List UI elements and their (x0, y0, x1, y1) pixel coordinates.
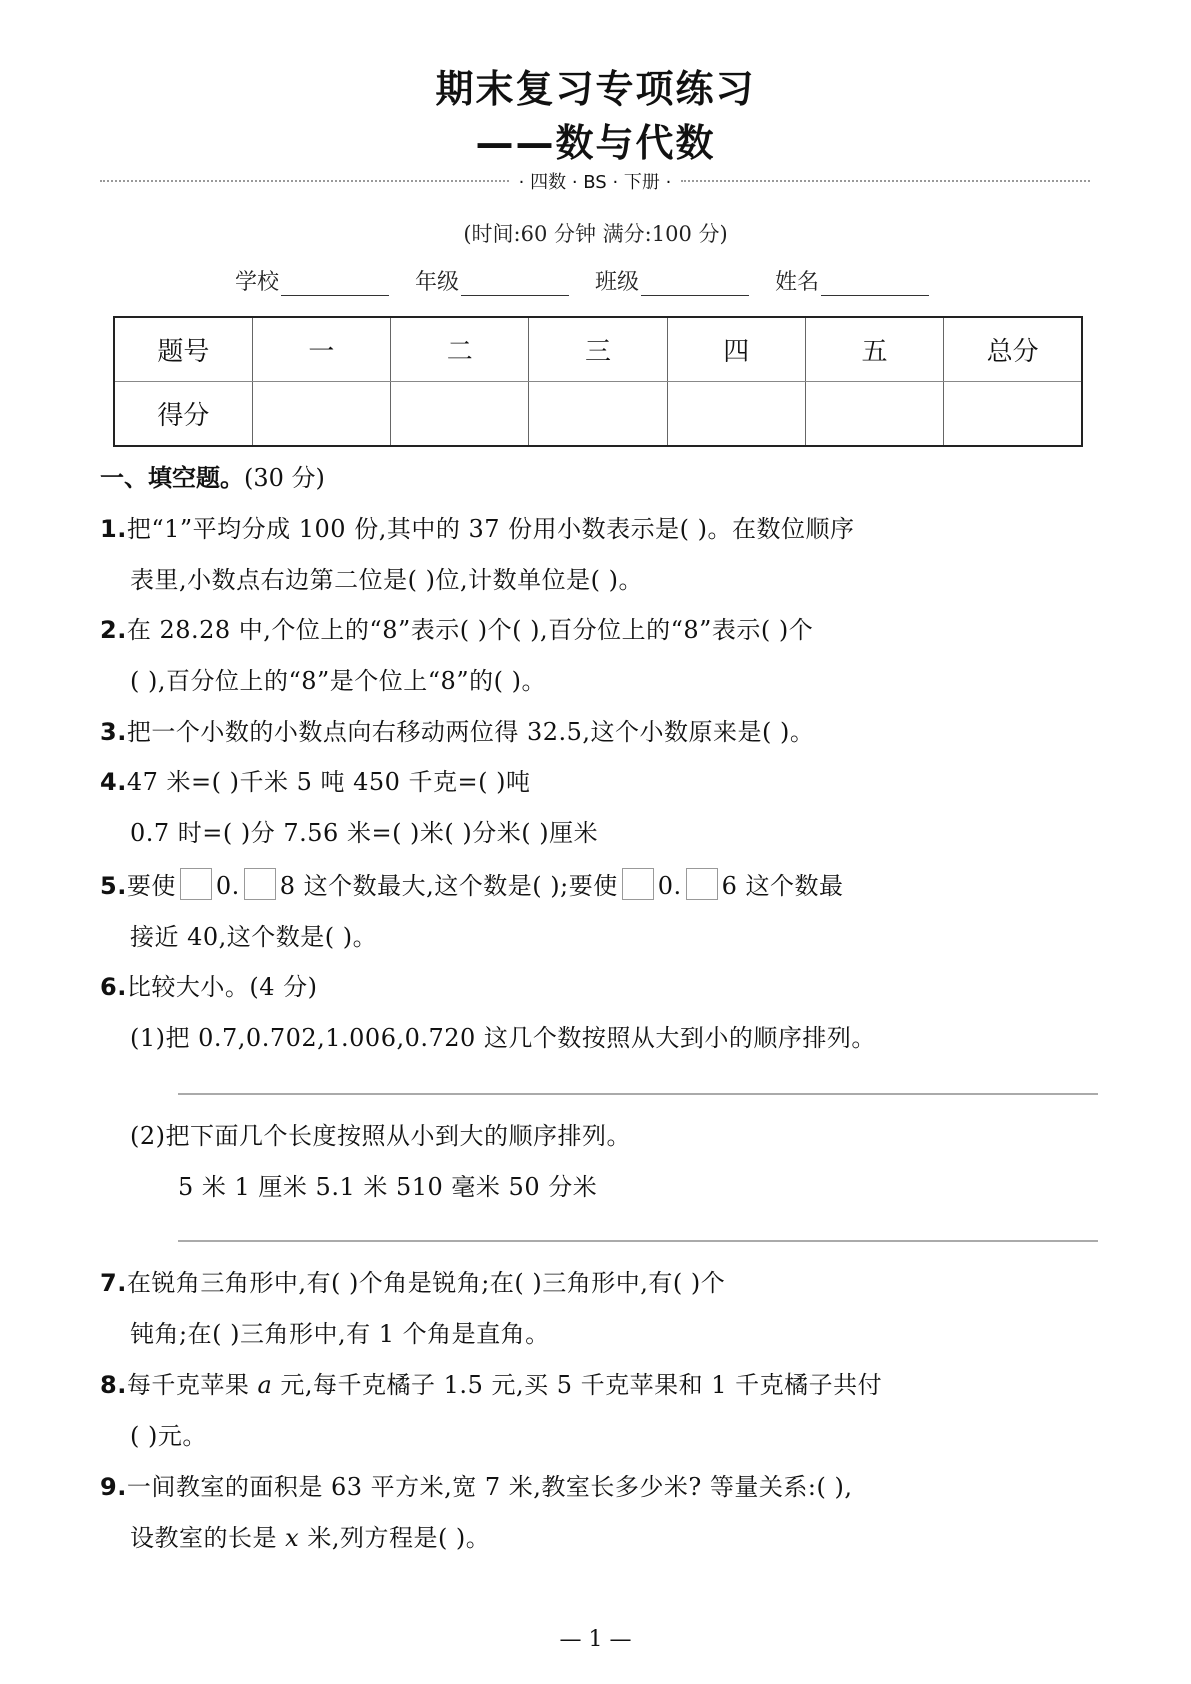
class-label: 班级 (595, 265, 639, 296)
question-number: 6. (100, 973, 127, 1001)
grade-field[interactable]: 年级 (415, 265, 569, 296)
score-table: 题号 一 二 三 四 五 总分 得分 (113, 316, 1083, 447)
answer-line[interactable] (178, 1240, 1098, 1242)
score-table-header-cell: 五 (805, 317, 943, 382)
question-2-line-1: 2.在 28.28 中,个位上的“8”表示( )个( ),百分位上的“8”表示(… (100, 610, 813, 645)
question-number: 3. (100, 718, 127, 746)
grade-label: 年级 (415, 265, 459, 296)
question-number: 5. (100, 872, 127, 900)
question-1-line-1: 1.把“1”平均分成 100 份,其中的 37 份用小数表示是( )。在数位顺序 (100, 509, 854, 544)
question-4-line-1: 4.47 米=( )千米 5 吨 450 千克=( )吨 (100, 762, 531, 797)
question-text: 比较大小。(4 分) (127, 973, 318, 1001)
question-8-line-1: 8.每千克苹果 a 元,每千克橘子 1.5 元,买 5 千克苹果和 1 千克橘子… (100, 1365, 882, 1400)
variable-a: a (257, 1371, 272, 1399)
question-7-line-2: 钝角;在( )三角形中,有 1 个角是直角。 (130, 1314, 550, 1349)
school-label: 学校 (235, 265, 279, 296)
school-blank[interactable] (281, 271, 389, 296)
edition-label: · 四数 · BS · 下册 · (509, 168, 682, 194)
dotted-rule-right (681, 180, 1090, 182)
score-cell[interactable] (529, 382, 667, 447)
score-table-header-cell: 总分 (944, 317, 1082, 382)
student-info-fields: 学校 年级 班级 姓名 (235, 265, 929, 296)
score-table-header-cell: 三 (529, 317, 667, 382)
time-info: (时间:60 分钟 满分:100 分) (0, 218, 1191, 248)
section-heading: 一、填空题。(30 分) (100, 458, 325, 493)
question-number: 8. (100, 1371, 127, 1399)
question-6-line-1: 6.比较大小。(4 分) (100, 967, 317, 1002)
question-text: 47 米=( )千米 5 吨 450 千克=( )吨 (127, 768, 531, 796)
question-text: 0. (216, 872, 240, 900)
question-4-line-2: 0.7 时=( )分 7.56 米=( )米( )分米( )厘米 (130, 813, 598, 848)
score-row-label: 得分 (114, 382, 252, 447)
question-8-line-2: ( )元。 (130, 1416, 207, 1451)
question-6-sub-1: (1)把 0.7,0.702,1.006,0.720 这几个数按照从大到小的顺序… (130, 1018, 876, 1053)
variable-x: x (285, 1524, 299, 1552)
dotted-rule-left (100, 180, 509, 182)
score-table-header-cell: 四 (667, 317, 805, 382)
edition-divider: · 四数 · BS · 下册 · (100, 168, 1090, 194)
section-points: (30 分) (244, 464, 325, 492)
question-9-line-1: 9.一间教室的面积是 63 平方米,宽 7 米,教室长多少米? 等量关系:( )… (100, 1467, 852, 1502)
class-blank[interactable] (641, 271, 749, 296)
question-7-line-1: 7.在锐角三角形中,有( )个角是锐角;在( )三角形中,有( )个 (100, 1263, 725, 1298)
question-number: 9. (100, 1473, 127, 1501)
section-title: 一、填空题。 (100, 464, 244, 492)
score-cell[interactable] (667, 382, 805, 447)
answer-line[interactable] (178, 1093, 1098, 1095)
class-field[interactable]: 班级 (595, 265, 749, 296)
score-table-header-row: 题号 一 二 三 四 五 总分 (114, 317, 1082, 382)
score-table-header-cell: 题号 (114, 317, 252, 382)
question-3-line-1: 3.把一个小数的小数点向右移动两位得 32.5,这个小数原来是( )。 (100, 712, 814, 747)
question-text: 米,列方程是( )。 (299, 1524, 490, 1552)
question-text: 8 这个数最大,这个数是( );要使 (280, 872, 618, 900)
question-text: 0. (658, 872, 682, 900)
grade-blank[interactable] (461, 271, 569, 296)
score-table-header-cell: 二 (391, 317, 529, 382)
name-field[interactable]: 姓名 (775, 265, 929, 296)
question-2-line-2: ( ),百分位上的“8”是个位上“8”的( )。 (130, 661, 546, 696)
question-number: 4. (100, 768, 127, 796)
page-title: 期末复习专项练习 (0, 58, 1191, 113)
page-number: — 1 — (0, 1627, 1191, 1652)
question-text: 设教室的长是 (130, 1524, 285, 1552)
question-5-line-1: 5.要使0.8 这个数最大,这个数是( );要使0.6 这个数最 (100, 866, 844, 901)
digit-box[interactable] (180, 868, 212, 900)
question-text: 把“1”平均分成 100 份,其中的 37 份用小数表示是( )。在数位顺序 (127, 515, 855, 543)
score-cell[interactable] (252, 382, 390, 447)
question-6-sub-2-items: 5 米 1 厘米 5.1 米 510 毫米 50 分米 (178, 1167, 597, 1202)
question-number: 2. (100, 616, 127, 644)
question-number: 7. (100, 1269, 127, 1297)
question-number: 1. (100, 515, 127, 543)
score-table-score-row: 得分 (114, 382, 1082, 447)
score-cell[interactable] (944, 382, 1082, 447)
score-cell[interactable] (391, 382, 529, 447)
score-table-header-cell: 一 (252, 317, 390, 382)
page-subtitle: ——数与代数 (0, 112, 1191, 167)
question-text: 6 这个数最 (722, 872, 844, 900)
question-5-line-2: 接近 40,这个数是( )。 (130, 917, 377, 952)
question-9-line-2: 设教室的长是 x 米,列方程是( )。 (130, 1518, 490, 1553)
question-6-sub-2: (2)把下面几个长度按照从小到大的顺序排列。 (130, 1116, 631, 1151)
question-1-line-2: 表里,小数点右边第二位是( )位,计数单位是( )。 (130, 560, 643, 595)
question-text: 把一个小数的小数点向右移动两位得 32.5,这个小数原来是( )。 (127, 718, 815, 746)
question-text: 要使 (127, 872, 176, 900)
digit-box[interactable] (244, 868, 276, 900)
question-text: 一间教室的面积是 63 平方米,宽 7 米,教室长多少米? 等量关系:( ), (127, 1473, 853, 1501)
question-text: 元,每千克橘子 1.5 元,买 5 千克苹果和 1 千克橘子共付 (272, 1371, 882, 1399)
digit-box[interactable] (686, 868, 718, 900)
score-cell[interactable] (805, 382, 943, 447)
school-field[interactable]: 学校 (235, 265, 389, 296)
question-text: 在锐角三角形中,有( )个角是锐角;在( )三角形中,有( )个 (127, 1269, 725, 1297)
name-label: 姓名 (775, 265, 819, 296)
name-blank[interactable] (821, 271, 929, 296)
digit-box[interactable] (622, 868, 654, 900)
question-text: 在 28.28 中,个位上的“8”表示( )个( ),百分位上的“8”表示( )… (127, 616, 813, 644)
question-text: 每千克苹果 (127, 1371, 258, 1399)
